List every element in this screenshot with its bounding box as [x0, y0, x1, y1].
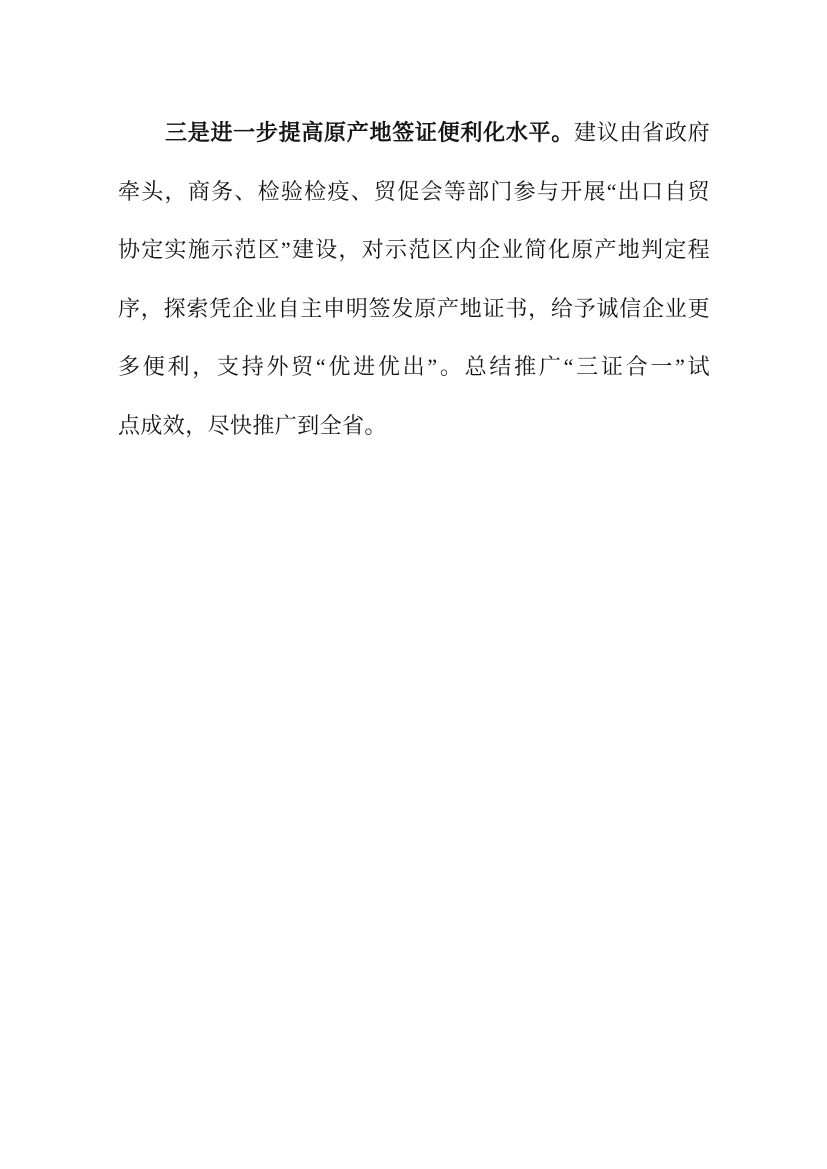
paragraph-block: 三是进一步提高原产地签证便利化水平。建议由省政府 牵头，商务、检验检疫、贸促会等…	[118, 104, 710, 456]
text-line: 多便利，支持外贸“优进优出”。总结推广“三证合一”试	[118, 338, 710, 397]
bold-lead-sentence: 三是进一步提高原产地签证便利化水平。	[165, 120, 574, 145]
text-line: 点成效，尽快推广到全省。	[118, 397, 710, 456]
text-line: 协定实施示范区”建设，对示范区内企业简化原产地判定程	[118, 221, 710, 280]
text-line: 三是进一步提高原产地签证便利化水平。建议由省政府	[118, 104, 710, 163]
text-line: 序，探索凭企业自主申明签发原产地证书，给予诚信企业更	[118, 280, 710, 339]
text-line: 牵头，商务、检验检疫、贸促会等部门参与开展“出口自贸	[118, 163, 710, 222]
document-page: 三是进一步提高原产地签证便利化水平。建议由省政府 牵头，商务、检验检疫、贸促会等…	[0, 0, 827, 1169]
line-text: 建议由省政府	[574, 120, 710, 145]
